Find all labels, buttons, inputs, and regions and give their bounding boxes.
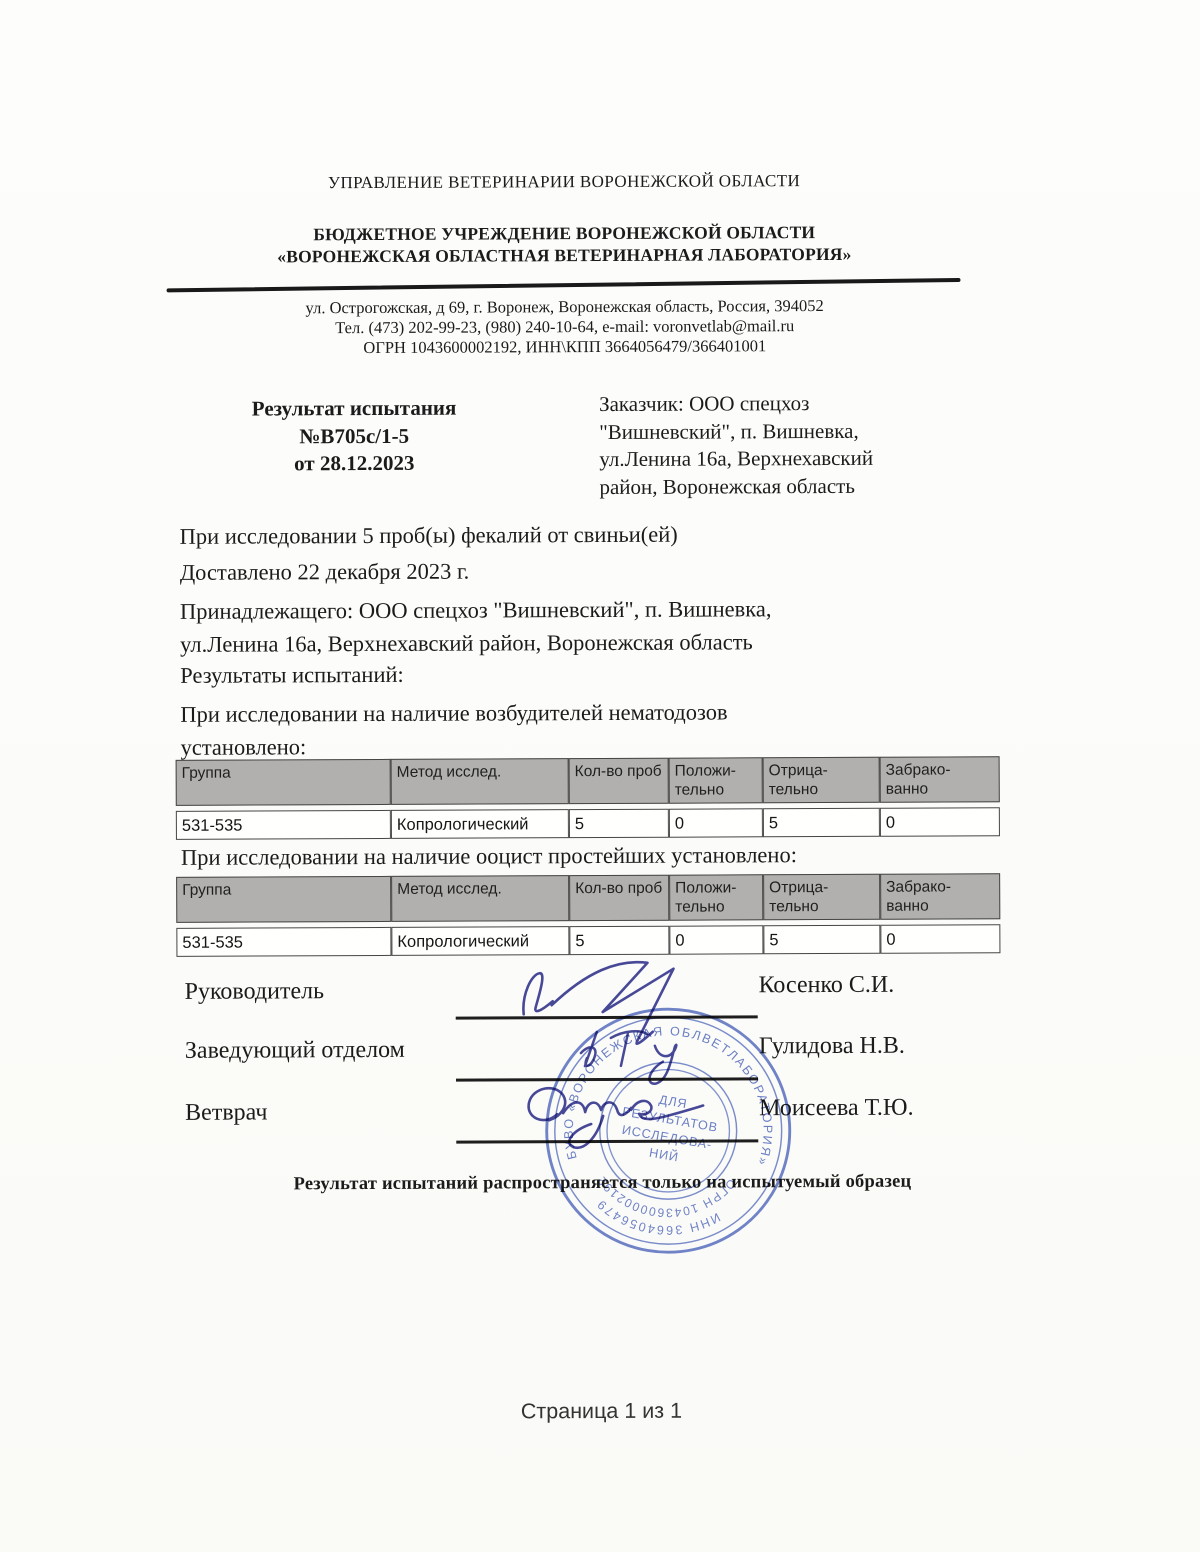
results-label: Результаты испытаний: xyxy=(180,660,925,689)
signature-role-director: Руководитель xyxy=(185,978,325,1006)
column-header-rejected: Забрако- ванно xyxy=(880,756,1000,803)
contact-block: ул. Острогожская, д 69, г. Воронеж, Воро… xyxy=(0,295,1131,360)
customer-block: Заказчик: ООО спецхоз "Вишневский", п. В… xyxy=(599,389,944,501)
document-content: УПРАВЛЕНИЕ ВЕТЕРИНАРИИ ВОРОНЕЖСКОЙ ОБЛАС… xyxy=(0,0,1200,1552)
registration-line: ОГРН 1043600002192, ИНН\КПП 3664056479/3… xyxy=(0,335,1131,360)
signature-role-head-of-department: Заведующий отделом xyxy=(185,1037,405,1065)
column-header-count: Кол-во проб xyxy=(569,758,669,804)
column-header-method: Метод исслед. xyxy=(391,875,569,922)
column-header-group: Группа xyxy=(176,876,391,923)
table-cell-negative: 5 xyxy=(763,808,880,838)
page-number: Страница 1 из 1 xyxy=(3,1396,1199,1426)
delivered-line: Доставлено 22 декабря 2023 г. xyxy=(180,557,925,586)
nematodes-table: Группа Метод исслед. Кол-во проб Положи-… xyxy=(176,756,1000,840)
scanned-document-page: УПРАВЛЕНИЕ ВЕТЕРИНАРИИ ВОРОНЕЖСКОЙ ОБЛАС… xyxy=(0,0,1200,1552)
column-header-positive: Положи- тельно xyxy=(669,874,763,920)
owner-line: Принадлежащего: ООО спецхоз "Вишневский"… xyxy=(180,593,925,661)
stamp-center-line4: НИЙ xyxy=(648,1145,680,1165)
column-header-positive: Положи- тельно xyxy=(669,757,763,803)
oocysts-heading: При исследовании на наличие ооцист прост… xyxy=(181,841,961,870)
column-header-count: Кол-во проб xyxy=(569,875,669,921)
table-cell-rejected: 0 xyxy=(880,924,1000,954)
round-stamp: БУВО «ВОРОНЕЖСКАЯ ОБЛВЕТЛАБОРАТОРИЯ» ИНН… xyxy=(512,975,824,1287)
oocysts-table: Группа Метод исслед. Кол-во проб Положи-… xyxy=(176,873,1000,957)
nematodes-heading: При исследовании на наличие возбудителей… xyxy=(180,696,925,764)
report-date: от 28.12.2023 xyxy=(229,450,479,479)
table-cell-positive: 0 xyxy=(669,925,763,954)
organization-name: БЮДЖЕТНОЕ УЧРЕЖДЕНИЕ ВОРОНЕЖСКОЙ ОБЛАСТИ… xyxy=(0,220,1130,269)
header-divider-rule xyxy=(167,278,961,292)
report-title-block: Результат испытания №В705с/1-5 от 28.12.… xyxy=(229,395,479,479)
table-cell-group: 531-535 xyxy=(176,927,391,957)
report-number: №В705с/1-5 xyxy=(229,422,479,451)
table-cell-negative: 5 xyxy=(763,925,880,955)
table-cell-count: 5 xyxy=(569,809,669,838)
table-cell-method: Копрологический xyxy=(391,809,569,839)
column-header-negative: Отрица- тельно xyxy=(763,757,880,804)
table-cell-group: 531-535 xyxy=(176,810,391,840)
column-header-negative: Отрица- тельно xyxy=(763,874,880,921)
stamp-center-line1: ДЛЯ xyxy=(658,1093,689,1112)
table-cell-positive: 0 xyxy=(669,808,763,837)
report-title: Результат испытания xyxy=(229,395,479,424)
table-cell-rejected: 0 xyxy=(880,807,1000,837)
authority-name: УПРАВЛЕНИЕ ВЕТЕРИНАРИИ ВОРОНЕЖСКОЙ ОБЛАС… xyxy=(0,170,1130,195)
organization-line2: «ВОРОНЕЖСКАЯ ОБЛАСТНАЯ ВЕТЕРИНАРНАЯ ЛАБО… xyxy=(0,242,1130,269)
signature-name-director: Косенко С.И. xyxy=(759,972,895,1000)
signature-role-veterinarian: Ветврач xyxy=(185,1099,267,1126)
column-header-group: Группа xyxy=(176,759,391,806)
column-header-rejected: Забрако- ванно xyxy=(880,873,1000,920)
table-cell-count: 5 xyxy=(569,926,669,955)
column-header-method: Метод исслед. xyxy=(391,758,569,805)
signature-stroke xyxy=(523,973,552,1014)
samples-line: При исследовании 5 проб(ы) фекалий от св… xyxy=(180,521,925,550)
